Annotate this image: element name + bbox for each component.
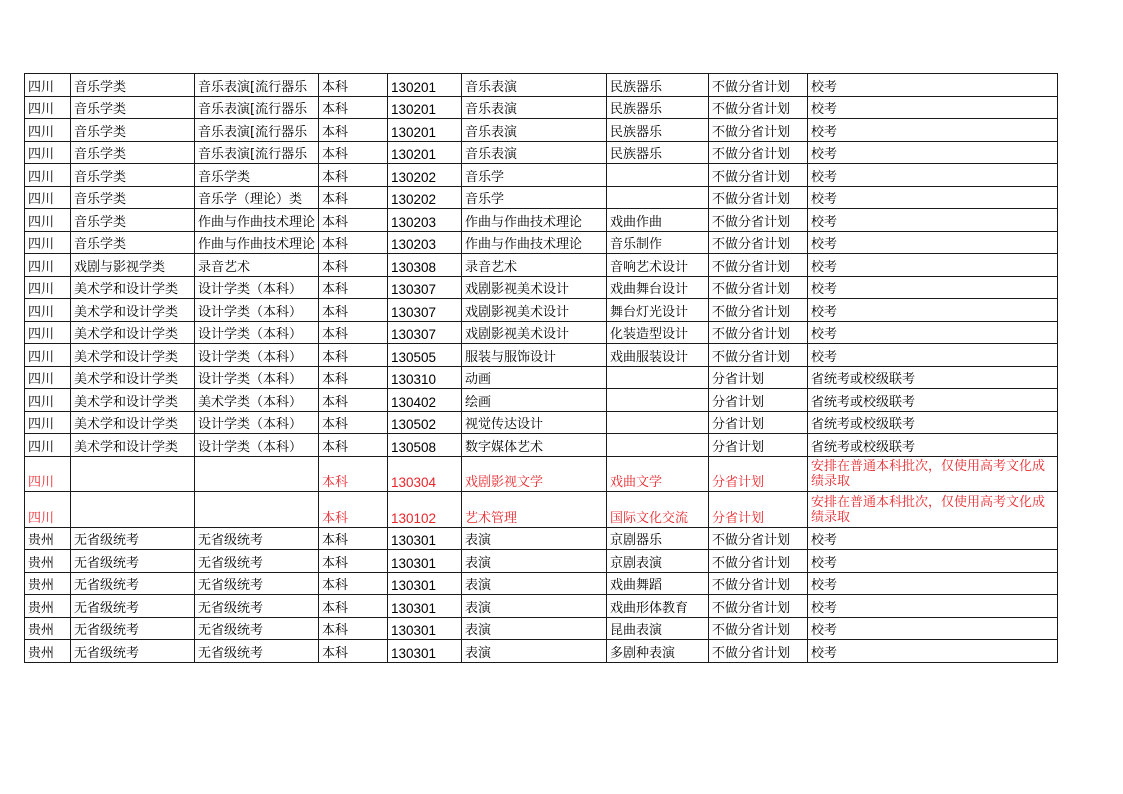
major-code-cell[interactable]: 130201 [388, 119, 462, 142]
enroll-type-cell[interactable] [195, 456, 319, 492]
level-cell[interactable]: 本科 [319, 617, 388, 640]
category-cell[interactable]: 音乐学类 [71, 96, 195, 119]
table-row: 贵州无省级统考无省级统考本科130301表演戏曲形体教育不做分省计划校考 [25, 595, 1058, 618]
enroll-type-cell[interactable]: 无省级统考 [195, 617, 319, 640]
category-cell[interactable]: 无省级统考 [71, 640, 195, 663]
direction-cell[interactable]: 多剧种表演 [607, 640, 709, 663]
table-row: 四川音乐学类音乐表演[流行器乐本科130201音乐表演民族器乐不做分省计划校考 [25, 119, 1058, 142]
direction-cell[interactable] [607, 411, 709, 434]
enroll-type-cell[interactable]: 无省级统考 [195, 595, 319, 618]
category-cell[interactable]: 美术学和设计学类 [71, 366, 195, 389]
category-cell[interactable]: 音乐学类 [71, 74, 195, 97]
major-name-cell[interactable]: 表演 [462, 527, 607, 550]
major-name-cell[interactable]: 绘画 [462, 389, 607, 412]
major-name-cell[interactable]: 表演 [462, 572, 607, 595]
exam-mode-cell[interactable]: 省统考或校级联考 [808, 389, 1058, 412]
major-name-cell[interactable]: 服装与服饰设计 [462, 344, 607, 367]
province-cell[interactable]: 四川 [25, 74, 71, 97]
major-name-cell[interactable]: 作曲与作曲技术理论 [462, 231, 607, 254]
major-code-cell[interactable]: 130201 [388, 96, 462, 119]
major-code-cell[interactable]: 130301 [388, 595, 462, 618]
enroll-type-cell[interactable]: 无省级统考 [195, 640, 319, 663]
category-cell[interactable] [71, 492, 195, 528]
direction-cell[interactable] [607, 434, 709, 457]
direction-cell[interactable]: 民族器乐 [607, 141, 709, 164]
exam-mode-cell[interactable]: 省统考或校级联考 [808, 434, 1058, 457]
direction-cell[interactable]: 民族器乐 [607, 74, 709, 97]
direction-cell[interactable]: 戏曲文学 [607, 456, 709, 492]
major-name-cell[interactable]: 表演 [462, 550, 607, 573]
exam-mode-cell[interactable]: 安排在普通本科批次，仅使用高考文化成绩录取 [808, 456, 1058, 492]
exam-mode-cell[interactable]: 校考 [808, 164, 1058, 187]
table-row: 贵州无省级统考无省级统考本科130301表演戏曲舞蹈不做分省计划校考 [25, 572, 1058, 595]
direction-cell[interactable]: 戏曲作曲 [607, 209, 709, 232]
category-cell[interactable]: 戏剧与影视学类 [71, 254, 195, 277]
direction-cell[interactable]: 音乐制作 [607, 231, 709, 254]
province-cell[interactable]: 贵州 [25, 527, 71, 550]
province-cell[interactable]: 四川 [25, 231, 71, 254]
level-cell[interactable]: 本科 [319, 231, 388, 254]
level-cell[interactable]: 本科 [319, 640, 388, 663]
table-row: 贵州无省级统考无省级统考本科130301表演多剧种表演不做分省计划校考 [25, 640, 1058, 663]
direction-cell[interactable]: 民族器乐 [607, 119, 709, 142]
province-cell[interactable]: 四川 [25, 254, 71, 277]
exam-mode-cell[interactable]: 校考 [808, 527, 1058, 550]
major-code-cell[interactable]: 130203 [388, 231, 462, 254]
table-row: 四川戏剧与影视学类录音艺术本科130308录音艺术音响艺术设计不做分省计划校考 [25, 254, 1058, 277]
level-cell[interactable]: 本科 [319, 96, 388, 119]
exam-mode-cell[interactable]: 校考 [808, 276, 1058, 299]
plan-type-cell[interactable]: 不做分省计划 [709, 640, 808, 663]
table-row: 贵州无省级统考无省级统考本科130301表演京剧表演不做分省计划校考 [25, 550, 1058, 573]
plan-type-cell[interactable]: 不做分省计划 [709, 617, 808, 640]
enroll-type-cell[interactable] [195, 492, 319, 528]
plan-type-cell[interactable]: 不做分省计划 [709, 344, 808, 367]
table-body: 四川音乐学类音乐表演[流行器乐本科130201音乐表演民族器乐不做分省计划校考四… [25, 74, 1058, 663]
level-cell[interactable]: 本科 [319, 321, 388, 344]
direction-cell[interactable]: 京剧表演 [607, 550, 709, 573]
major-name-cell[interactable]: 数字媒体艺术 [462, 434, 607, 457]
category-cell[interactable]: 音乐学类 [71, 186, 195, 209]
table-row: 四川音乐学类音乐学（理论）类本科130202音乐学不做分省计划校考 [25, 186, 1058, 209]
plan-type-cell[interactable]: 不做分省计划 [709, 96, 808, 119]
direction-cell[interactable]: 舞台灯光设计 [607, 299, 709, 322]
direction-cell[interactable] [607, 389, 709, 412]
major-code-cell[interactable]: 130310 [388, 366, 462, 389]
direction-cell[interactable]: 音响艺术设计 [607, 254, 709, 277]
level-cell[interactable]: 本科 [319, 164, 388, 187]
plan-type-cell[interactable]: 不做分省计划 [709, 164, 808, 187]
direction-cell[interactable] [607, 366, 709, 389]
enroll-type-cell[interactable]: 设计学类（本科） [195, 276, 319, 299]
province-cell[interactable]: 四川 [25, 389, 71, 412]
enroll-type-cell[interactable]: 美术学类（本科） [195, 389, 319, 412]
category-cell[interactable]: 无省级统考 [71, 617, 195, 640]
major-code-cell[interactable]: 130308 [388, 254, 462, 277]
major-code-cell[interactable]: 130201 [388, 74, 462, 97]
exam-mode-cell[interactable]: 校考 [808, 119, 1058, 142]
exam-mode-cell[interactable]: 安排在普通本科批次，仅使用高考文化成绩录取 [808, 492, 1058, 528]
exam-mode-cell[interactable]: 校考 [808, 141, 1058, 164]
enroll-type-cell[interactable]: 无省级统考 [195, 572, 319, 595]
enroll-type-cell[interactable]: 设计学类（本科） [195, 321, 319, 344]
enroll-type-cell[interactable]: 音乐表演[流行器乐 [195, 141, 319, 164]
category-cell[interactable]: 音乐学类 [71, 164, 195, 187]
enroll-type-cell[interactable]: 无省级统考 [195, 527, 319, 550]
table-row: 四川音乐学类音乐学类本科130202音乐学不做分省计划校考 [25, 164, 1058, 187]
enroll-type-cell[interactable]: 设计学类（本科） [195, 411, 319, 434]
level-cell[interactable]: 本科 [319, 492, 388, 528]
exam-mode-cell[interactable]: 校考 [808, 186, 1058, 209]
plan-type-cell[interactable]: 分省计划 [709, 411, 808, 434]
enroll-type-cell[interactable]: 音乐学（理论）类 [195, 186, 319, 209]
major-code-cell[interactable]: 130307 [388, 299, 462, 322]
plan-type-cell[interactable]: 不做分省计划 [709, 572, 808, 595]
major-name-cell[interactable]: 录音艺术 [462, 254, 607, 277]
major-code-cell[interactable]: 130301 [388, 572, 462, 595]
major-name-cell[interactable]: 戏剧影视美术设计 [462, 276, 607, 299]
exam-mode-cell[interactable]: 校考 [808, 299, 1058, 322]
province-cell[interactable]: 四川 [25, 164, 71, 187]
category-cell[interactable]: 美术学和设计学类 [71, 299, 195, 322]
exam-mode-cell[interactable]: 校考 [808, 617, 1058, 640]
category-cell[interactable]: 音乐学类 [71, 209, 195, 232]
major-code-cell[interactable]: 130502 [388, 411, 462, 434]
major-name-cell[interactable]: 作曲与作曲技术理论 [462, 209, 607, 232]
province-cell[interactable]: 四川 [25, 186, 71, 209]
table-row: 四川本科130102艺术管理国际文化交流分省计划安排在普通本科批次，仅使用高考文… [25, 492, 1058, 528]
exam-mode-cell[interactable]: 校考 [808, 321, 1058, 344]
level-cell[interactable]: 本科 [319, 550, 388, 573]
direction-cell[interactable] [607, 186, 709, 209]
major-name-cell[interactable]: 动画 [462, 366, 607, 389]
exam-mode-cell[interactable]: 省统考或校级联考 [808, 366, 1058, 389]
major-code-cell[interactable]: 130304 [388, 456, 462, 492]
direction-cell[interactable]: 国际文化交流 [607, 492, 709, 528]
category-cell[interactable]: 美术学和设计学类 [71, 389, 195, 412]
exam-mode-cell[interactable]: 校考 [808, 96, 1058, 119]
exam-mode-cell[interactable]: 校考 [808, 595, 1058, 618]
province-cell[interactable]: 四川 [25, 119, 71, 142]
province-cell[interactable]: 贵州 [25, 595, 71, 618]
level-cell[interactable]: 本科 [319, 276, 388, 299]
direction-cell[interactable]: 民族器乐 [607, 96, 709, 119]
category-cell[interactable]: 美术学和设计学类 [71, 344, 195, 367]
province-cell[interactable]: 四川 [25, 276, 71, 299]
major-code-cell[interactable]: 130203 [388, 209, 462, 232]
enroll-type-cell[interactable]: 作曲与作曲技术理论 [195, 231, 319, 254]
table-row: 四川本科130304戏剧影视文学戏曲文学分省计划安排在普通本科批次，仅使用高考文… [25, 456, 1058, 492]
direction-cell[interactable]: 戏曲舞蹈 [607, 572, 709, 595]
category-cell[interactable]: 美术学和设计学类 [71, 411, 195, 434]
plan-type-cell[interactable]: 不做分省计划 [709, 527, 808, 550]
province-cell[interactable]: 四川 [25, 434, 71, 457]
province-cell[interactable]: 四川 [25, 209, 71, 232]
major-code-cell[interactable]: 130301 [388, 550, 462, 573]
exam-mode-cell[interactable]: 校考 [808, 74, 1058, 97]
plan-type-cell[interactable]: 不做分省计划 [709, 74, 808, 97]
enroll-type-cell[interactable]: 音乐表演[流行器乐 [195, 119, 319, 142]
major-code-cell[interactable]: 130201 [388, 141, 462, 164]
province-cell[interactable]: 四川 [25, 321, 71, 344]
plan-type-cell[interactable]: 不做分省计划 [709, 186, 808, 209]
category-cell[interactable]: 美术学和设计学类 [71, 276, 195, 299]
level-cell[interactable]: 本科 [319, 74, 388, 97]
table-row: 四川美术学和设计学类设计学类（本科）本科130508数字媒体艺术分省计划省统考或… [25, 434, 1058, 457]
major-code-cell[interactable]: 130202 [388, 164, 462, 187]
category-cell[interactable]: 音乐学类 [71, 119, 195, 142]
plan-type-cell[interactable]: 不做分省计划 [709, 119, 808, 142]
major-code-cell[interactable]: 130505 [388, 344, 462, 367]
enroll-type-cell[interactable]: 设计学类（本科） [195, 366, 319, 389]
table-row: 四川美术学和设计学类设计学类（本科）本科130505服装与服饰设计戏曲服装设计不… [25, 344, 1058, 367]
level-cell[interactable]: 本科 [319, 186, 388, 209]
level-cell[interactable]: 本科 [319, 141, 388, 164]
province-cell[interactable]: 四川 [25, 299, 71, 322]
major-name-cell[interactable]: 音乐表演 [462, 119, 607, 142]
major-name-cell[interactable]: 音乐表演 [462, 96, 607, 119]
plan-type-cell[interactable]: 不做分省计划 [709, 209, 808, 232]
table-row: 四川美术学和设计学类设计学类（本科）本科130502视觉传达设计分省计划省统考或… [25, 411, 1058, 434]
table-row: 四川音乐学类音乐表演[流行器乐本科130201音乐表演民族器乐不做分省计划校考 [25, 141, 1058, 164]
province-cell[interactable]: 四川 [25, 141, 71, 164]
level-cell[interactable]: 本科 [319, 595, 388, 618]
province-cell[interactable]: 四川 [25, 344, 71, 367]
enroll-type-cell[interactable]: 设计学类（本科） [195, 344, 319, 367]
province-cell[interactable]: 贵州 [25, 617, 71, 640]
plan-type-cell[interactable]: 不做分省计划 [709, 595, 808, 618]
plan-type-cell[interactable]: 分省计划 [709, 366, 808, 389]
province-cell[interactable]: 贵州 [25, 572, 71, 595]
exam-mode-cell[interactable]: 校考 [808, 572, 1058, 595]
province-cell[interactable]: 四川 [25, 456, 71, 492]
enroll-type-cell[interactable]: 作曲与作曲技术理论 [195, 209, 319, 232]
table-row: 四川音乐学类音乐表演[流行器乐本科130201音乐表演民族器乐不做分省计划校考 [25, 96, 1058, 119]
table-row: 四川音乐学类作曲与作曲技术理论本科130203作曲与作曲技术理论音乐制作不做分省… [25, 231, 1058, 254]
major-code-cell[interactable]: 130102 [388, 492, 462, 528]
enroll-type-cell[interactable]: 音乐表演[流行器乐 [195, 74, 319, 97]
major-code-cell[interactable]: 130307 [388, 321, 462, 344]
level-cell[interactable]: 本科 [319, 254, 388, 277]
table-row: 四川美术学和设计学类设计学类（本科）本科130307戏剧影视美术设计戏曲舞台设计… [25, 276, 1058, 299]
direction-cell[interactable]: 戏曲形体教育 [607, 595, 709, 618]
major-name-cell[interactable]: 戏剧影视美术设计 [462, 299, 607, 322]
plan-type-cell[interactable]: 不做分省计划 [709, 321, 808, 344]
major-name-cell[interactable]: 戏剧影视文学 [462, 456, 607, 492]
enroll-type-cell[interactable]: 设计学类（本科） [195, 299, 319, 322]
level-cell[interactable]: 本科 [319, 572, 388, 595]
table-row: 四川美术学和设计学类设计学类（本科）本科130307戏剧影视美术设计舞台灯光设计… [25, 299, 1058, 322]
plan-type-cell[interactable]: 分省计划 [709, 456, 808, 492]
category-cell[interactable] [71, 456, 195, 492]
major-name-cell[interactable]: 音乐表演 [462, 141, 607, 164]
direction-cell[interactable]: 京剧器乐 [607, 527, 709, 550]
table-row: 四川美术学和设计学类设计学类（本科）本科130307戏剧影视美术设计化装造型设计… [25, 321, 1058, 344]
exam-mode-cell[interactable]: 校考 [808, 231, 1058, 254]
major-name-cell[interactable]: 音乐表演 [462, 74, 607, 97]
level-cell[interactable]: 本科 [319, 411, 388, 434]
category-cell[interactable]: 美术学和设计学类 [71, 321, 195, 344]
level-cell[interactable]: 本科 [319, 344, 388, 367]
province-cell[interactable]: 四川 [25, 492, 71, 528]
province-cell[interactable]: 贵州 [25, 640, 71, 663]
category-cell[interactable]: 音乐学类 [71, 231, 195, 254]
level-cell[interactable]: 本科 [319, 434, 388, 457]
major-name-cell[interactable]: 艺术管理 [462, 492, 607, 528]
exam-mode-cell[interactable]: 校考 [808, 640, 1058, 663]
enroll-type-cell[interactable]: 录音艺术 [195, 254, 319, 277]
province-cell[interactable]: 四川 [25, 96, 71, 119]
plan-type-cell[interactable]: 分省计划 [709, 434, 808, 457]
category-cell[interactable]: 无省级统考 [71, 595, 195, 618]
level-cell[interactable]: 本科 [319, 527, 388, 550]
major-name-cell[interactable]: 表演 [462, 640, 607, 663]
direction-cell[interactable]: 戏曲服装设计 [607, 344, 709, 367]
plan-type-cell[interactable]: 不做分省计划 [709, 550, 808, 573]
major-name-cell[interactable]: 表演 [462, 595, 607, 618]
category-cell[interactable]: 美术学和设计学类 [71, 434, 195, 457]
enroll-type-cell[interactable]: 音乐学类 [195, 164, 319, 187]
plan-type-cell[interactable]: 不做分省计划 [709, 254, 808, 277]
plan-type-cell[interactable]: 分省计划 [709, 492, 808, 528]
table-row: 四川美术学和设计学类设计学类（本科）本科130310动画分省计划省统考或校级联考 [25, 366, 1058, 389]
major-name-cell[interactable]: 戏剧影视美术设计 [462, 321, 607, 344]
major-name-cell[interactable]: 音乐学 [462, 186, 607, 209]
major-code-cell[interactable]: 130402 [388, 389, 462, 412]
major-name-cell[interactable]: 表演 [462, 617, 607, 640]
table-row: 贵州无省级统考无省级统考本科130301表演京剧器乐不做分省计划校考 [25, 527, 1058, 550]
major-code-cell[interactable]: 130301 [388, 617, 462, 640]
exam-mode-cell[interactable]: 校考 [808, 254, 1058, 277]
major-code-cell[interactable]: 130301 [388, 640, 462, 663]
major-code-cell[interactable]: 130508 [388, 434, 462, 457]
table-row: 贵州无省级统考无省级统考本科130301表演昆曲表演不做分省计划校考 [25, 617, 1058, 640]
exam-mode-cell[interactable]: 省统考或校级联考 [808, 411, 1058, 434]
major-name-cell[interactable]: 音乐学 [462, 164, 607, 187]
direction-cell[interactable]: 化装造型设计 [607, 321, 709, 344]
exam-mode-cell[interactable]: 校考 [808, 209, 1058, 232]
enroll-type-cell[interactable]: 无省级统考 [195, 550, 319, 573]
plan-type-cell[interactable]: 分省计划 [709, 389, 808, 412]
direction-cell[interactable] [607, 164, 709, 187]
table-row: 四川音乐学类作曲与作曲技术理论本科130203作曲与作曲技术理论戏曲作曲不做分省… [25, 209, 1058, 232]
category-cell[interactable]: 无省级统考 [71, 550, 195, 573]
plan-type-cell[interactable]: 不做分省计划 [709, 299, 808, 322]
category-cell[interactable]: 无省级统考 [71, 572, 195, 595]
table-row: 四川音乐学类音乐表演[流行器乐本科130201音乐表演民族器乐不做分省计划校考 [25, 74, 1058, 97]
table-row: 四川美术学和设计学类美术学类（本科）本科130402绘画分省计划省统考或校级联考 [25, 389, 1058, 412]
level-cell[interactable]: 本科 [319, 389, 388, 412]
level-cell[interactable]: 本科 [319, 119, 388, 142]
exam-mode-cell[interactable]: 校考 [808, 550, 1058, 573]
exam-mode-cell[interactable]: 校考 [808, 344, 1058, 367]
enroll-type-cell[interactable]: 音乐表演[流行器乐 [195, 96, 319, 119]
level-cell[interactable]: 本科 [319, 456, 388, 492]
level-cell[interactable]: 本科 [319, 209, 388, 232]
major-code-cell[interactable]: 130307 [388, 276, 462, 299]
direction-cell[interactable]: 戏曲舞台设计 [607, 276, 709, 299]
province-cell[interactable]: 贵州 [25, 550, 71, 573]
plan-type-cell[interactable]: 不做分省计划 [709, 276, 808, 299]
level-cell[interactable]: 本科 [319, 299, 388, 322]
province-cell[interactable]: 四川 [25, 411, 71, 434]
enrollment-plan-table: 四川音乐学类音乐表演[流行器乐本科130201音乐表演民族器乐不做分省计划校考四… [24, 73, 1058, 663]
direction-cell[interactable]: 昆曲表演 [607, 617, 709, 640]
plan-type-cell[interactable]: 不做分省计划 [709, 231, 808, 254]
category-cell[interactable]: 音乐学类 [71, 141, 195, 164]
major-name-cell[interactable]: 视觉传达设计 [462, 411, 607, 434]
level-cell[interactable]: 本科 [319, 366, 388, 389]
plan-type-cell[interactable]: 不做分省计划 [709, 141, 808, 164]
enroll-type-cell[interactable]: 设计学类（本科） [195, 434, 319, 457]
major-code-cell[interactable]: 130301 [388, 527, 462, 550]
province-cell[interactable]: 四川 [25, 366, 71, 389]
major-code-cell[interactable]: 130202 [388, 186, 462, 209]
category-cell[interactable]: 无省级统考 [71, 527, 195, 550]
